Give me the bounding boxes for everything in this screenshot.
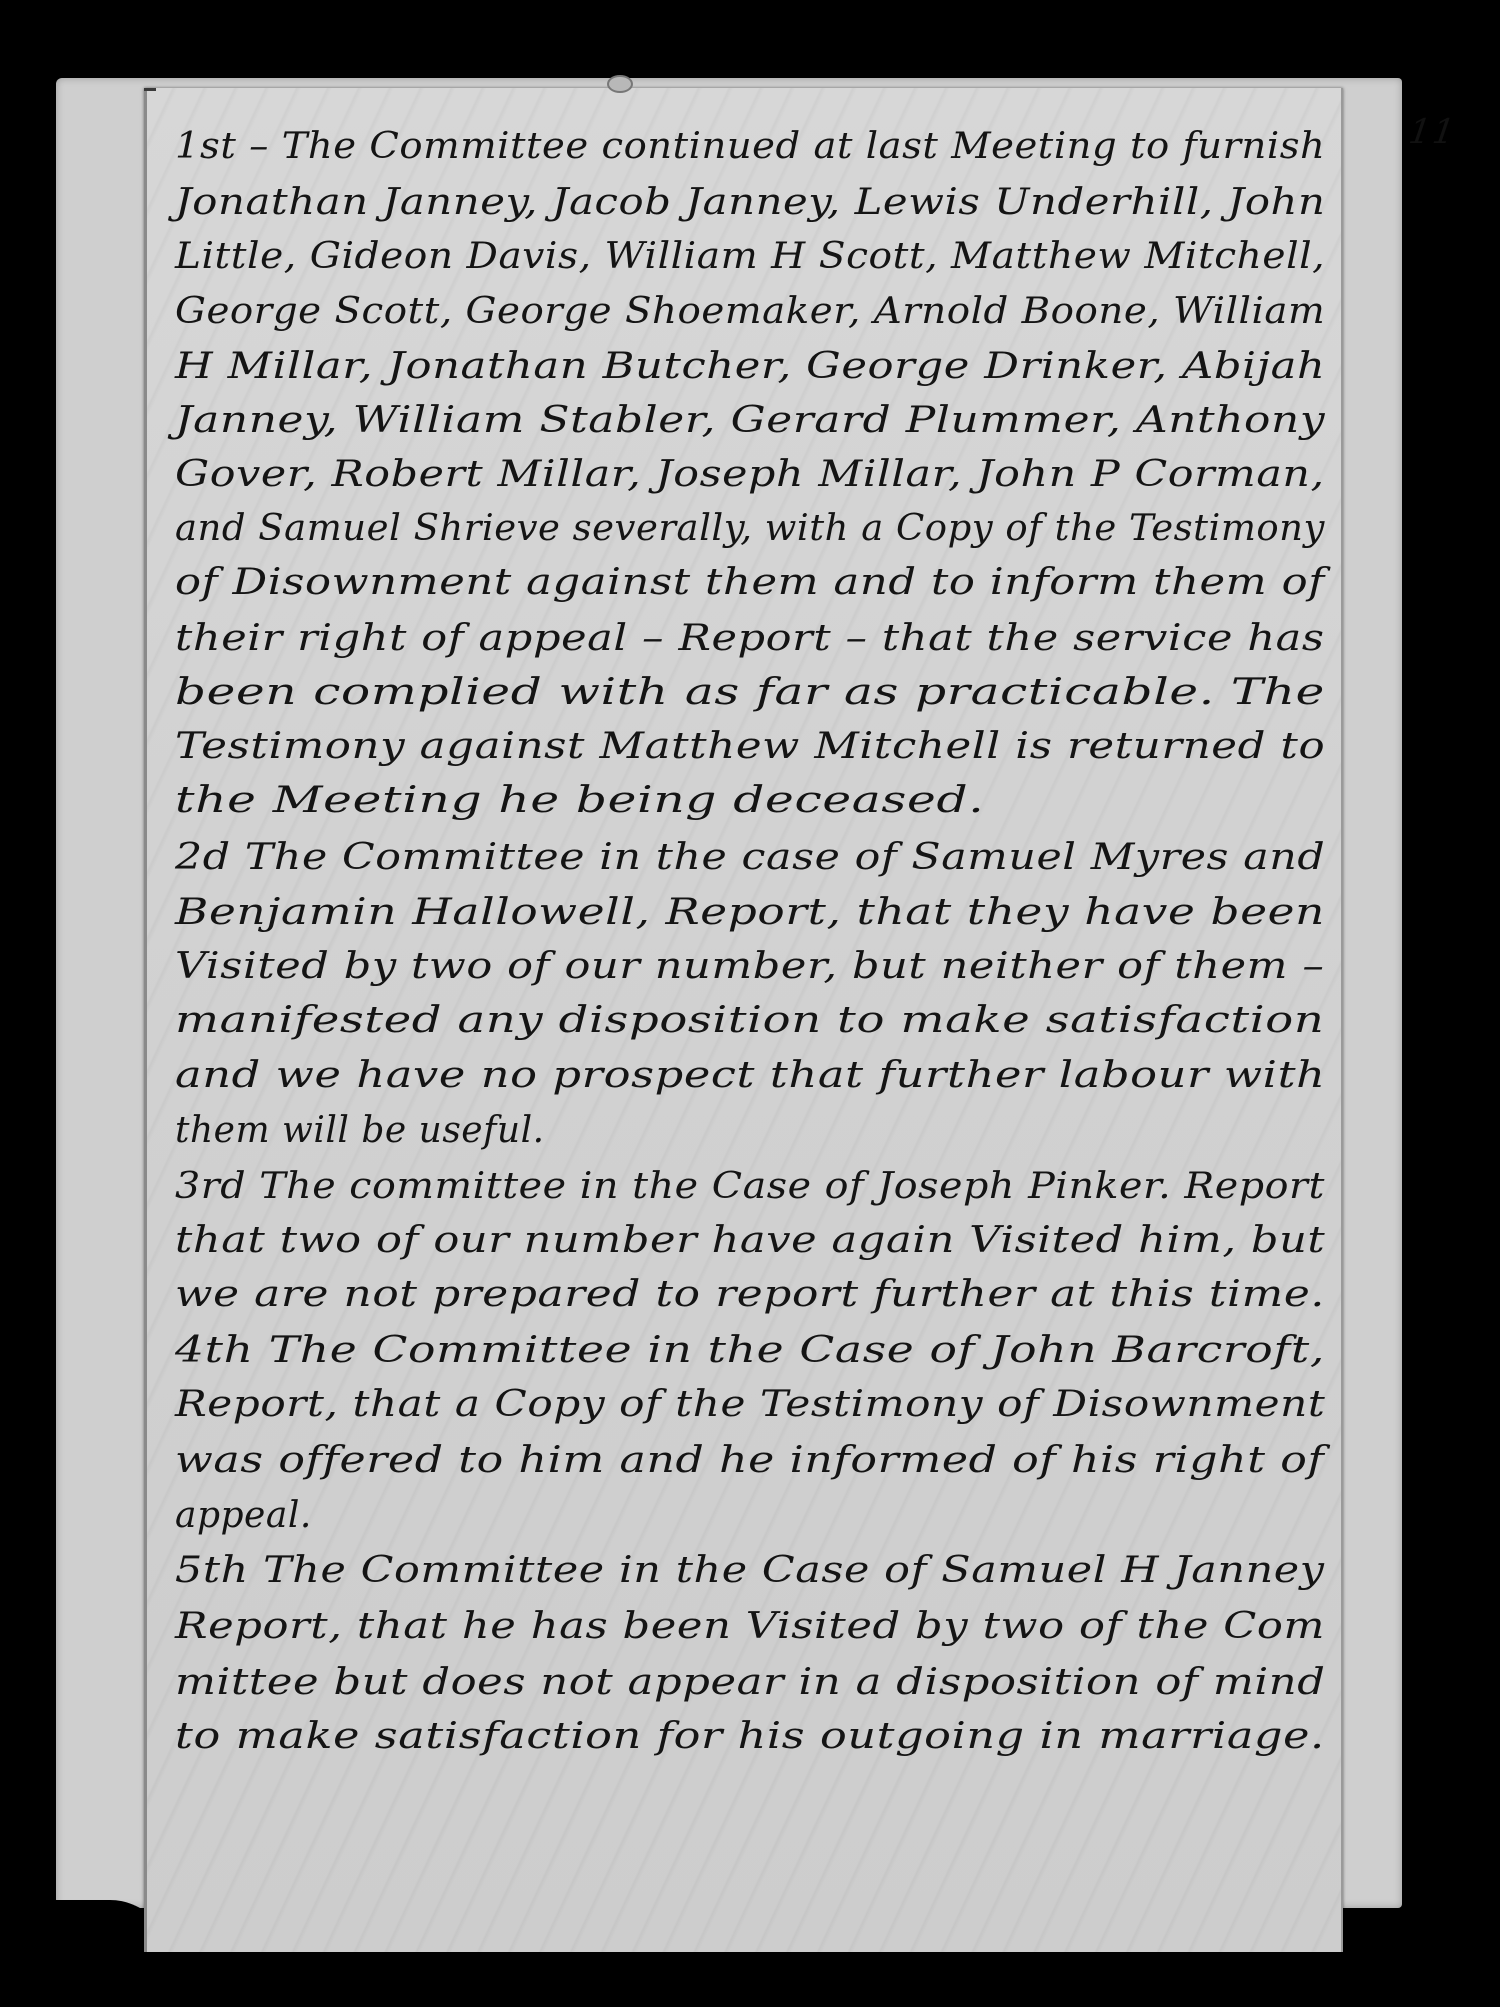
manuscript-line: to make satisfaction for his outgoing in… — [175, 1714, 1325, 1760]
manuscript-line: been complied with as far as practicable… — [175, 670, 1325, 716]
binding-hole — [607, 75, 633, 93]
manuscript-line: mittee but does not appear in a disposit… — [175, 1660, 1325, 1706]
manuscript-line: 3rd The committee in the Case of Joseph … — [175, 1164, 1325, 1210]
manuscript-line: appeal. — [175, 1493, 312, 1539]
manuscript-line: manifested any disposition to make satis… — [175, 998, 1324, 1044]
manuscript-line: Report, that he has been Visited by two … — [175, 1604, 1325, 1650]
manuscript-line: Gover, Robert Millar, Joseph Millar, Joh… — [175, 452, 1325, 498]
manuscript-line: Visited by two of our number, but neithe… — [175, 944, 1324, 990]
manuscript-line: 2d The Committee in the case of Samuel M… — [175, 835, 1325, 881]
page-number: 11 — [1406, 112, 1459, 152]
manuscript-line: them will be useful. — [175, 1108, 545, 1154]
manuscript-page: 11 1st – The Committee continued at last… — [144, 88, 1343, 1952]
page-corner-mark — [144, 88, 156, 91]
manuscript-line: George Scott, George Shoemaker, Arnold B… — [175, 289, 1325, 335]
manuscript-line: 1st – The Committee continued at last Me… — [175, 124, 1325, 170]
manuscript-line: we are not prepared to report further at… — [175, 1272, 1325, 1318]
manuscript-line: H Millar, Jonathan Butcher, George Drink… — [175, 344, 1325, 390]
manuscript-line: that two of our number have again Visite… — [175, 1218, 1325, 1264]
manuscript-line: Benjamin Hallowell, Report, that they ha… — [175, 890, 1325, 936]
manuscript-line: 4th The Committee in the Case of John Ba… — [175, 1328, 1325, 1374]
manuscript-line: and we have no prospect that further lab… — [175, 1053, 1326, 1099]
manuscript-line: 5th The Committee in the Case of Samuel … — [175, 1548, 1325, 1594]
manuscript-line: Little, Gideon Davis, William H Scott, M… — [175, 234, 1325, 280]
manuscript-line: Jonathan Janney, Jacob Janney, Lewis Und… — [175, 180, 1325, 226]
manuscript-line: Report, that a Copy of the Testimony of … — [175, 1382, 1325, 1428]
manuscript-line: Janney, William Stabler, Gerard Plummer,… — [175, 398, 1325, 444]
manuscript-line: their right of appeal – Report – that th… — [175, 616, 1325, 662]
manuscript-line: and Samuel Shrieve severally, with a Cop… — [175, 506, 1325, 552]
manuscript-line: was offered to him and he informed of hi… — [175, 1438, 1324, 1484]
manuscript-line: of Disownment against them and to inform… — [175, 560, 1325, 606]
manuscript-line: the Meeting he being deceased. — [175, 778, 984, 824]
manuscript-line: Testimony against Matthew Mitchell is re… — [175, 724, 1325, 770]
